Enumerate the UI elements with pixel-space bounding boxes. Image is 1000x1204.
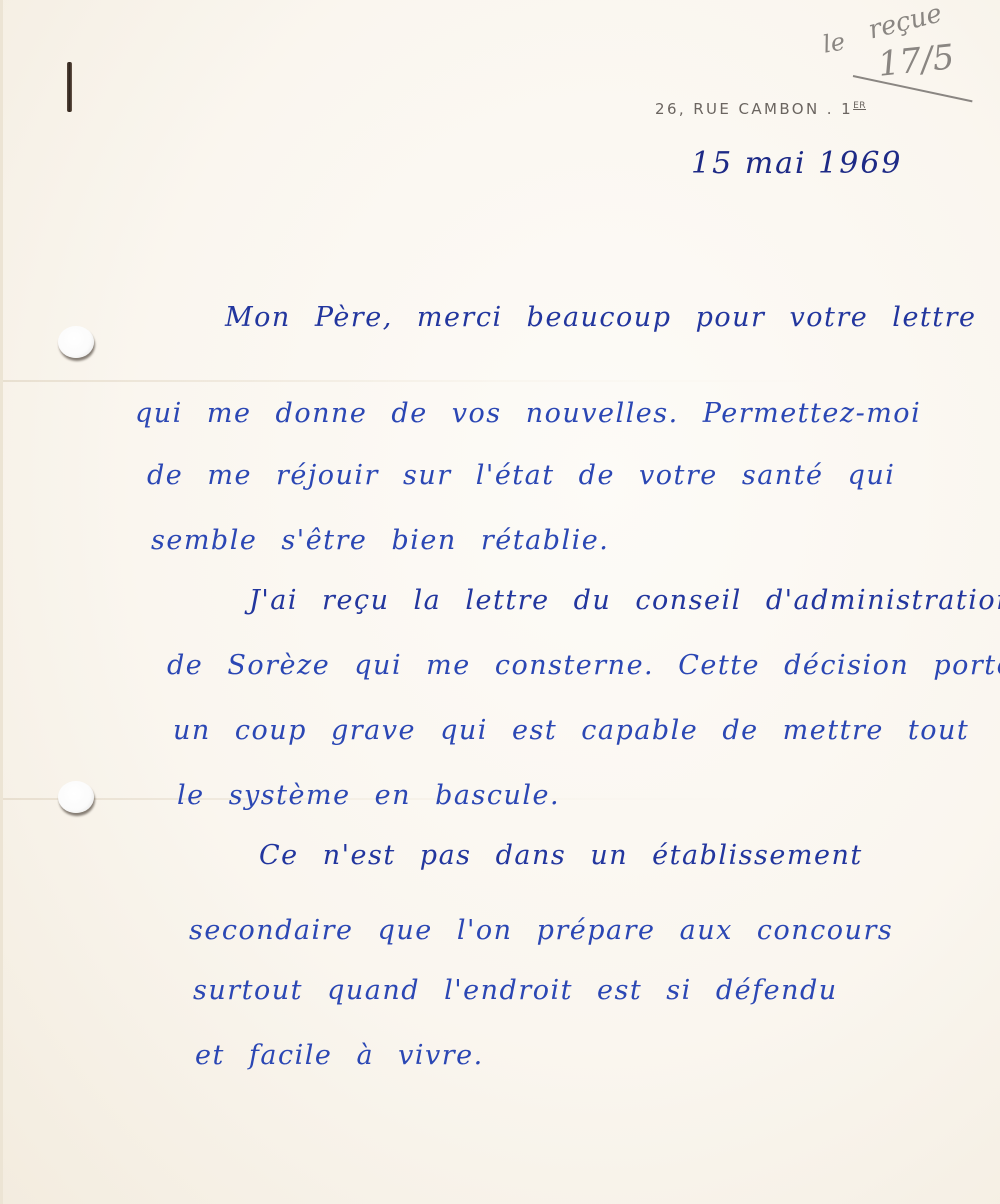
letter-page: reçue le 17/5 26, RUE CAMBON . 1ER 15 ma… — [0, 0, 1000, 1204]
body-line: et facile à vivre. — [195, 1040, 484, 1071]
body-line: un coup grave qui est capable de mettre … — [173, 715, 969, 746]
body-line: surtout quand l'endroit est si défendu — [193, 975, 838, 1006]
body-line: J'ai reçu la lettre du conseil d'adminis… — [249, 585, 1000, 616]
body-line: Mon Père, merci beaucoup pour votre lett… — [225, 302, 977, 333]
body-line: secondaire que l'on prépare aux concours — [189, 915, 893, 946]
letter-body: Mon Père, merci beaucoup pour votre lett… — [3, 0, 1000, 1204]
body-line: semble s'être bien rétablie. — [151, 525, 609, 556]
body-line: Ce n'est pas dans un établissement — [259, 840, 863, 871]
body-line: qui me donne de vos nouvelles. Permettez… — [135, 398, 921, 429]
body-line: de me réjouir sur l'état de votre santé … — [147, 460, 895, 491]
body-line: de Sorèze qui me consterne. Cette décisi… — [167, 650, 1000, 681]
body-line: le système en bascule. — [177, 780, 560, 811]
